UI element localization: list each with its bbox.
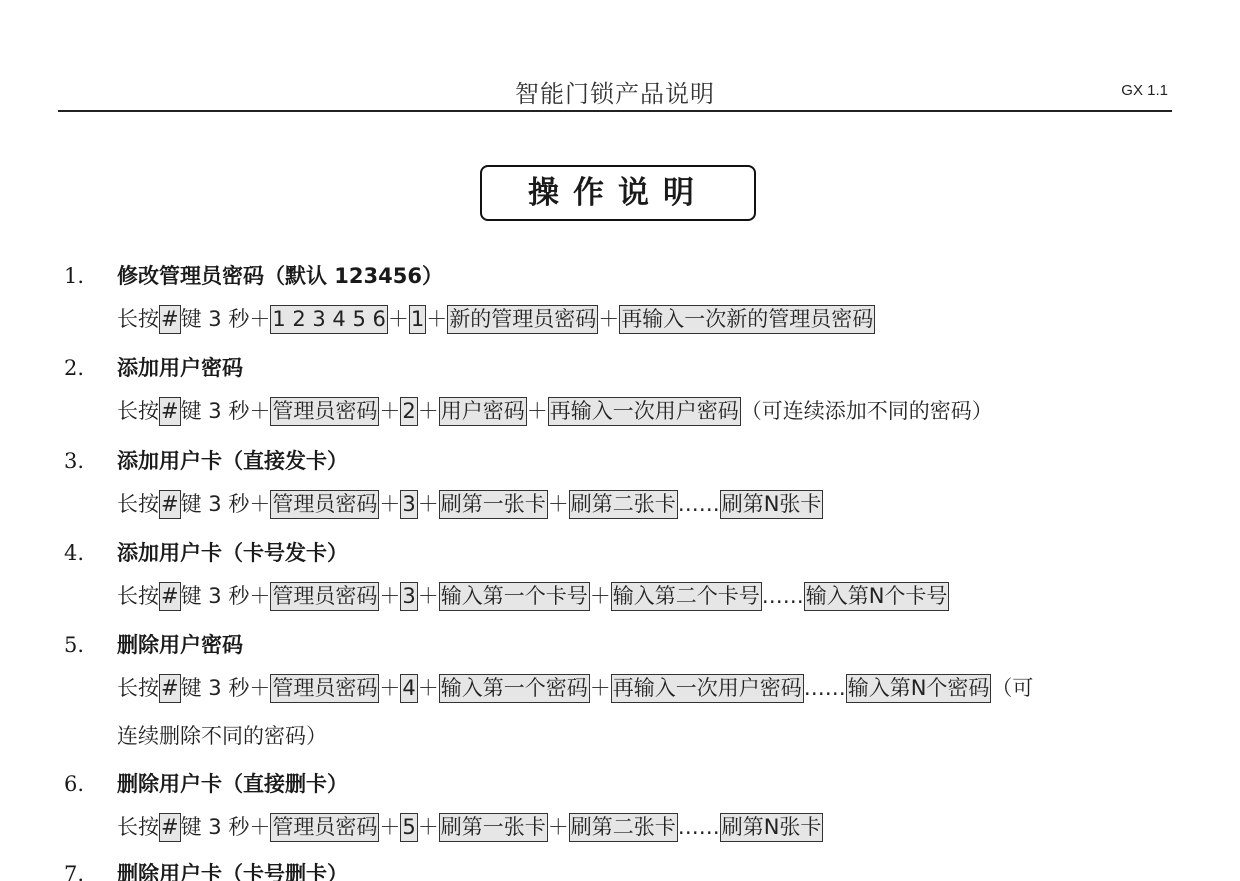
document-title: 智能门锁产品说明 xyxy=(58,74,1172,109)
step-text: ＋ xyxy=(379,814,400,841)
step-text: ＋ xyxy=(379,398,400,425)
key-box: 再输入一次用户密码 xyxy=(611,674,804,703)
page-header: 智能门锁产品说明 GX 1.1 xyxy=(58,70,1172,112)
step-text: …… xyxy=(678,491,720,518)
key-box: 再输入一次用户密码 xyxy=(548,397,741,426)
key-box: 输入第一个密码 xyxy=(439,674,590,703)
item-number: 4. xyxy=(64,541,117,565)
key-box: 输入第一个卡号 xyxy=(439,582,590,611)
key-box: 刷第二张卡 xyxy=(569,813,678,842)
key-box: # xyxy=(159,397,181,426)
key-box: 4 xyxy=(400,674,417,703)
key-box: 刷第N张卡 xyxy=(720,813,824,842)
step-sequence: 长按#键 3 秒＋管理员密码＋2＋用户密码＋再输入一次用户密码（可连续添加不同的… xyxy=(117,397,993,426)
item-number: 7. xyxy=(64,862,117,881)
step-text: （可连续添加不同的密码） xyxy=(741,398,993,425)
item-number: 5. xyxy=(64,633,117,657)
step-text: 长按 xyxy=(117,398,159,425)
step-text: ＋ xyxy=(590,583,611,610)
instruction-heading: 7.删除用户卡（卡号删卡） xyxy=(64,858,348,881)
section-title: 操作说明 xyxy=(480,165,756,221)
step-text: （可 xyxy=(991,675,1033,702)
key-box: # xyxy=(159,490,181,519)
version-label: GX 1.1 xyxy=(1121,82,1168,99)
step-text: 长按 xyxy=(117,675,159,702)
key-box: # xyxy=(159,305,181,334)
step-sequence: 长按#键 3 秒＋管理员密码＋3＋刷第一张卡＋刷第二张卡……刷第N张卡 xyxy=(117,490,823,519)
key-box: 输入第N个密码 xyxy=(846,674,992,703)
item-title: 添加用户密码 xyxy=(117,356,243,380)
key-box: 3 xyxy=(400,582,417,611)
key-box: 再输入一次新的管理员密码 xyxy=(619,305,875,334)
key-box: 新的管理员密码 xyxy=(447,305,598,334)
step-text: …… xyxy=(678,814,720,841)
step-text: ＋ xyxy=(426,306,447,333)
key-box: 2 xyxy=(400,397,417,426)
item-number: 3. xyxy=(64,449,117,473)
key-box: # xyxy=(159,582,181,611)
item-number: 1. xyxy=(64,264,117,288)
step-text: 键 3 秒＋ xyxy=(181,675,271,702)
step-text: ＋ xyxy=(379,583,400,610)
step-text: 长按 xyxy=(117,814,159,841)
step-text: ＋ xyxy=(548,814,569,841)
key-box: 管理员密码 xyxy=(270,397,379,426)
step-text: ＋ xyxy=(418,398,439,425)
key-box: 管理员密码 xyxy=(270,490,379,519)
item-title: 添加用户卡（直接发卡） xyxy=(117,449,348,473)
step-text: ＋ xyxy=(379,491,400,518)
step-text: 键 3 秒＋ xyxy=(181,491,271,518)
key-box: 管理员密码 xyxy=(270,582,379,611)
step-text: ＋ xyxy=(379,675,400,702)
step-continuation: 连续删除不同的密码） xyxy=(117,720,327,750)
step-sequence: 长按#键 3 秒＋管理员密码＋3＋输入第一个卡号＋输入第二个卡号……输入第N个卡… xyxy=(117,582,949,611)
step-text: ＋ xyxy=(590,675,611,702)
step-text: ＋ xyxy=(418,675,439,702)
instruction-heading: 1.修改管理员密码（默认 123456） xyxy=(64,260,443,290)
step-sequence: 长按#键 3 秒＋管理员密码＋5＋刷第一张卡＋刷第二张卡……刷第N张卡 xyxy=(117,813,823,842)
item-title: 删除用户密码 xyxy=(117,633,243,657)
step-text: ＋ xyxy=(548,491,569,518)
key-box: 用户密码 xyxy=(439,397,527,426)
key-box: # xyxy=(159,813,181,842)
step-text: ＋ xyxy=(388,306,409,333)
step-text: ＋ xyxy=(418,583,439,610)
step-text: 长按 xyxy=(117,583,159,610)
step-text: ＋ xyxy=(418,491,439,518)
key-box: 刷第N张卡 xyxy=(720,490,824,519)
key-box: 刷第一张卡 xyxy=(439,490,548,519)
step-text: 长按 xyxy=(117,306,159,333)
item-number: 2. xyxy=(64,356,117,380)
key-box: 输入第二个卡号 xyxy=(611,582,762,611)
item-title: 添加用户卡（卡号发卡） xyxy=(117,541,348,565)
step-text: 键 3 秒＋ xyxy=(181,306,271,333)
step-text: ＋ xyxy=(527,398,548,425)
step-text: …… xyxy=(804,675,846,702)
step-text: 键 3 秒＋ xyxy=(181,814,271,841)
item-number: 6. xyxy=(64,772,117,796)
key-box: 刷第一张卡 xyxy=(439,813,548,842)
key-box: 管理员密码 xyxy=(270,813,379,842)
key-box: 5 xyxy=(400,813,417,842)
step-text: …… xyxy=(762,583,804,610)
item-title: 删除用户卡（直接删卡） xyxy=(117,772,348,796)
instruction-heading: 4.添加用户卡（卡号发卡） xyxy=(64,537,348,567)
step-text: 长按 xyxy=(117,491,159,518)
instruction-heading: 3.添加用户卡（直接发卡） xyxy=(64,445,348,475)
instruction-heading: 5.删除用户密码 xyxy=(64,629,243,659)
step-text: 键 3 秒＋ xyxy=(181,583,271,610)
key-box: 输入第N个卡号 xyxy=(804,582,950,611)
key-box: 3 xyxy=(400,490,417,519)
instruction-heading: 2.添加用户密码 xyxy=(64,352,243,382)
step-text: ＋ xyxy=(418,814,439,841)
key-box: 1 xyxy=(409,305,426,334)
instruction-heading: 6.删除用户卡（直接删卡） xyxy=(64,768,348,798)
key-box: 刷第二张卡 xyxy=(569,490,678,519)
item-title: 修改管理员密码（默认 123456） xyxy=(117,264,443,288)
step-sequence: 长按#键 3 秒＋管理员密码＋4＋输入第一个密码＋再输入一次用户密码……输入第N… xyxy=(117,674,1033,703)
key-box: 1 2 3 4 5 6 xyxy=(270,305,388,334)
key-box: # xyxy=(159,674,181,703)
item-title: 删除用户卡（卡号删卡） xyxy=(117,862,348,881)
key-box: 管理员密码 xyxy=(270,674,379,703)
step-sequence: 长按#键 3 秒＋1 2 3 4 5 6＋1＋新的管理员密码＋再输入一次新的管理… xyxy=(117,305,875,334)
step-text: 键 3 秒＋ xyxy=(181,398,271,425)
step-text: ＋ xyxy=(598,306,619,333)
